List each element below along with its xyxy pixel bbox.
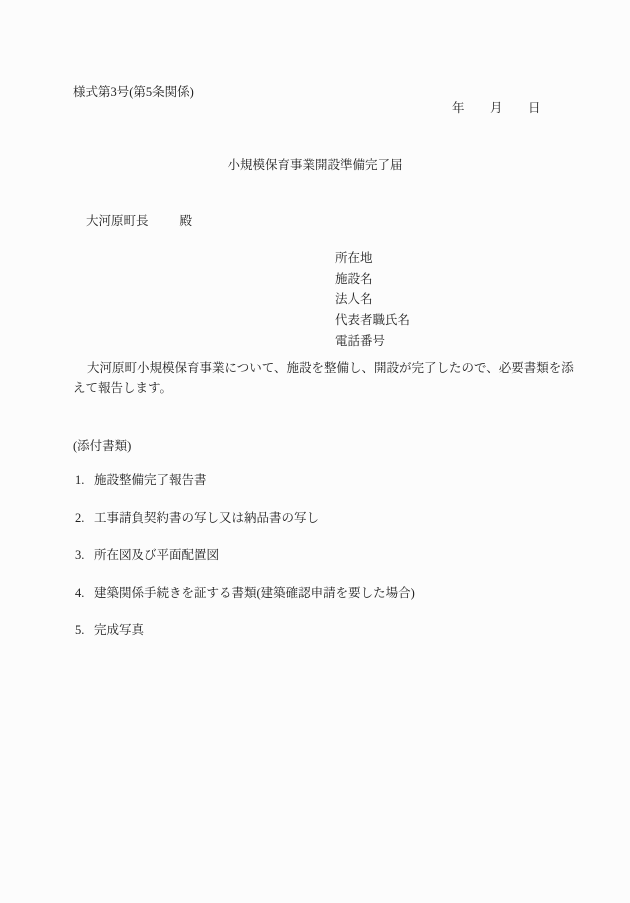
date-line: 年 月 日 <box>0 98 630 114</box>
attachment-item-text: 所在図及び平面配置図 <box>94 548 219 562</box>
attachment-item: 5.完成写真 <box>75 620 144 638</box>
sender-field-corporation-name: 法人名 <box>335 289 410 310</box>
attachment-item: 3.所在図及び平面配置図 <box>75 545 219 563</box>
attachments-heading: (添付書類) <box>73 436 131 454</box>
date-year-label: 年 <box>452 98 465 116</box>
body-line-2: えて報告します。 <box>73 378 574 398</box>
attachment-item: 2.工事請負契約書の写し又は納品書の写し <box>75 508 319 526</box>
attachment-item: 1.施設整備完了報告書 <box>75 470 207 488</box>
attachment-item-text: 完成写真 <box>94 623 144 637</box>
attachment-item-number: 1. <box>75 473 94 488</box>
attachment-item-number: 3. <box>75 548 94 563</box>
body-paragraph: 大河原町小規模保育事業について、施設を整備し、開設が完了したので、必要書類を添 … <box>73 358 574 398</box>
sender-field-address: 所在地 <box>335 248 410 269</box>
body-line-1: 大河原町小規模保育事業について、施設を整備し、開設が完了したので、必要書類を添 <box>73 358 574 378</box>
addressee-name: 大河原町長 <box>86 214 149 228</box>
document-title: 小規模保育事業開設準備完了届 <box>0 155 630 173</box>
attachment-item-number: 2. <box>75 511 94 526</box>
addressee-line: 大河原町長殿 <box>86 211 192 229</box>
date-day-label: 日 <box>528 98 541 116</box>
sender-field-facility-name: 施設名 <box>335 269 410 290</box>
addressee-honorific: 殿 <box>180 214 193 228</box>
attachment-item-text: 建築関係手続きを証する書類(建築確認申請を要した場合) <box>94 586 415 600</box>
attachment-item-number: 4. <box>75 586 94 601</box>
attachment-item: 4.建築関係手続きを証する書類(建築確認申請を要した場合) <box>75 583 415 601</box>
attachment-item-text: 工事請負契約書の写し又は納品書の写し <box>94 511 319 525</box>
sender-fields-block: 所在地 施設名 法人名 代表者職氏名 電話番号 <box>335 248 410 352</box>
attachment-item-text: 施設整備完了報告書 <box>94 473 207 487</box>
sender-field-representative: 代表者職氏名 <box>335 310 410 331</box>
attachment-item-number: 5. <box>75 623 94 638</box>
document-page: 様式第3号(第5条関係) 年 月 日 小規模保育事業開設準備完了届 大河原町長殿… <box>0 0 630 903</box>
sender-field-phone: 電話番号 <box>335 331 410 352</box>
date-month-label: 月 <box>490 98 503 116</box>
